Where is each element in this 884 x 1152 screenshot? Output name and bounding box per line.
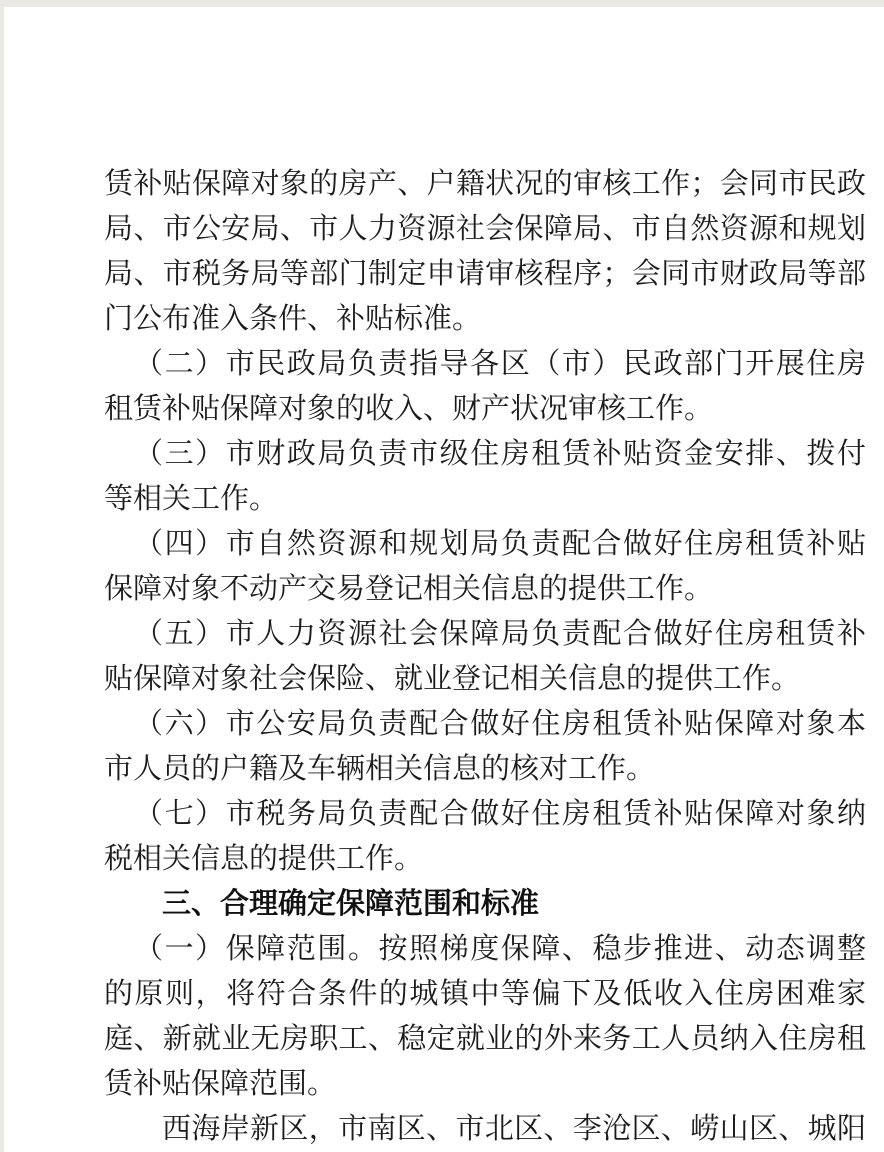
text-line: 等相关工作。 [104, 477, 866, 522]
text-line: 局、市公安局、市人力资源社会保障局、市自然资源和规划 [104, 207, 866, 252]
text-line: 的原则，将符合条件的城镇中等偏下及低收入住房困难家 [104, 972, 866, 1017]
text-line: （二）市民政局负责指导各区（市）民政部门开展住房 [104, 342, 866, 387]
text-line: 市人员的户籍及车辆相关信息的核对工作。 [104, 747, 866, 792]
text-line: （五）市人力资源社会保障局负责配合做好住房租赁补 [104, 612, 866, 657]
text-line: 赁补贴保障对象的房产、户籍状况的审核工作；会同市民政 [104, 162, 866, 207]
text-line: （七）市税务局负责配合做好住房租赁补贴保障对象纳 [104, 792, 866, 837]
text-line: （三）市财政局负责市级住房租赁补贴资金安排、拨付 [104, 432, 866, 477]
document-page: 赁补贴保障对象的房产、户籍状况的审核工作；会同市民政 局、市公安局、市人力资源社… [4, 7, 884, 1152]
text-line: 租赁补贴保障对象的收入、财产状况审核工作。 [104, 387, 866, 432]
document-viewer: 赁补贴保障对象的房产、户籍状况的审核工作；会同市民政 局、市公安局、市人力资源社… [0, 0, 884, 1152]
text-line: 局、市税务局等部门制定申请审核程序；会同市财政局等部 [104, 252, 866, 297]
text-line: （一）保障范围。按照梯度保障、稳步推进、动态调整 [104, 927, 866, 972]
document-text-block: 赁补贴保障对象的房产、户籍状况的审核工作；会同市民政 局、市公安局、市人力资源社… [104, 162, 866, 1152]
text-line: 贴保障对象社会保险、就业登记相关信息的提供工作。 [104, 657, 866, 702]
text-line: 庭、新就业无房职工、稳定就业的外来务工人员纳入住房租 [104, 1017, 866, 1062]
text-line: 西海岸新区，市南区、市北区、李沧区、崂山区、城阳 [104, 1107, 866, 1152]
text-line: （六）市公安局负责配合做好住房租赁补贴保障对象本 [104, 702, 866, 747]
text-line: 门公布准入条件、补贴标准。 [104, 297, 866, 342]
text-line: （四）市自然资源和规划局负责配合做好住房租赁补贴 [104, 522, 866, 567]
text-line: 保障对象不动产交易登记相关信息的提供工作。 [104, 567, 866, 612]
section-heading: 三、合理确定保障范围和标准 [104, 882, 866, 927]
text-line: 税相关信息的提供工作。 [104, 837, 866, 882]
text-line: 赁补贴保障范围。 [104, 1062, 866, 1107]
